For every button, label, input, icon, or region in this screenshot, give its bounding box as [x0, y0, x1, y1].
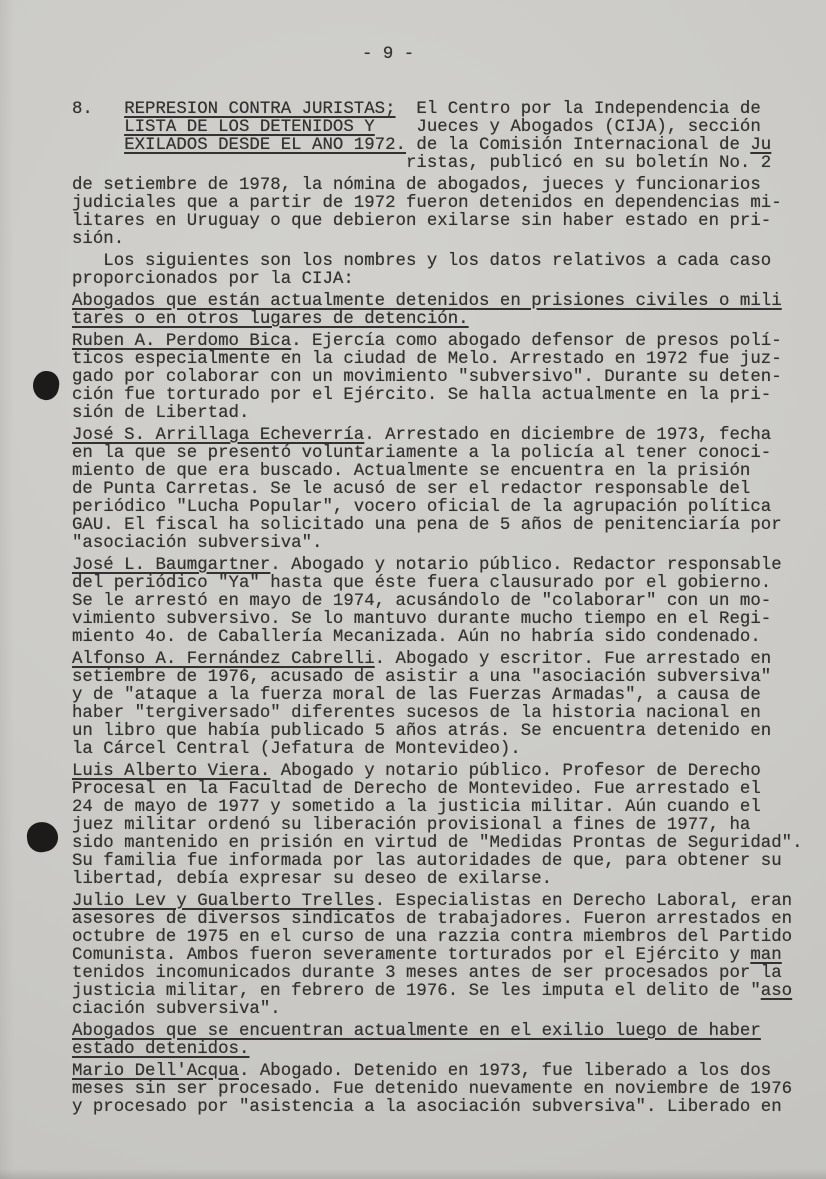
document-body: 8. REPRESION CONTRA JURISTAS; El Centro … — [72, 101, 818, 1121]
text-line: ticos especialmente en la ciudad de Melo… — [72, 351, 818, 369]
text-line: sido mantenido en prisión en virtud de "… — [72, 835, 818, 853]
text-line: Alfonso A. Fernández Cabrelli. Abogado y… — [72, 651, 818, 669]
text-line: setiembre de 1976, acusado de asistir a … — [72, 669, 818, 687]
text-line: Abogados que se encuentran actualmente e… — [72, 1023, 818, 1041]
text-line: Se le arrestó en mayo de 1974, acusándol… — [72, 593, 818, 611]
text-line: estado detenidos. — [72, 1041, 818, 1059]
item-8-header: 8. REPRESION CONTRA JURISTAS; El Centro … — [72, 101, 818, 173]
text-line: judiciales que a partir de 1972 fueron d… — [72, 195, 818, 213]
entry-jose-arrillaga-echeverria: José S. Arrillaga Echeverría. Arrestado … — [72, 427, 818, 553]
text-line: ción fue torturado por el Ejército. Se h… — [72, 387, 818, 405]
text-line: sión. — [72, 231, 818, 249]
text-line: la Cárcel Central (Jefatura de Montevide… — [72, 741, 818, 759]
text-line: un libro que había publicado 5 años atrá… — [72, 723, 818, 741]
scanned-document-page: { "colors": { "paper": "#cbcac6", "ink":… — [0, 0, 826, 1179]
text-line: en la que se presentó voluntariamente a … — [72, 445, 818, 463]
text-line: justicia militar, en febrero de 1976. Se… — [72, 983, 818, 1001]
section-heading-exiled: Abogados que se encuentran actualmente e… — [72, 1023, 818, 1059]
text-line: GAU. El fiscal ha solicitado una pena de… — [72, 517, 818, 535]
text-line: Su familia fue informada por las autorid… — [72, 853, 818, 871]
text-line: 24 de mayo de 1977 y sometido a la justi… — [72, 799, 818, 817]
text-line: y procesado por "asistencia a la asociac… — [72, 1099, 818, 1117]
text-line: 8. REPRESION CONTRA JURISTAS; El Centro … — [72, 101, 818, 119]
text-line: "asociación subversiva". — [72, 535, 818, 553]
text-line: Abogados que están actualmente detenidos… — [72, 293, 818, 311]
text-line: asesores de diversos sindicatos de traba… — [72, 911, 818, 929]
text-line: ciación subversiva". — [72, 1001, 818, 1019]
entry-jose-baumgartner: José L. Baumgartner. Abogado y notario p… — [72, 557, 818, 647]
text-line: periódico "Lucha Popular", vocero oficia… — [72, 499, 818, 517]
text-line: Comunista. Ambos fueron severamente tort… — [72, 947, 818, 965]
text-line: Mario Dell'Acqua. Abogado. Detenido en 1… — [72, 1063, 818, 1081]
text-line: gado por colaborar con un movimiento "su… — [72, 369, 818, 387]
ink-blot-mark-bottom — [25, 820, 59, 854]
text-line: libertad, debía expresar su deseo de exi… — [72, 871, 818, 889]
text-line: de setiembre de 1978, la nómina de aboga… — [72, 177, 818, 195]
section-heading-detained: Abogados que están actualmente detenidos… — [72, 293, 818, 329]
text-line: litares en Uruguay o que debieron exilar… — [72, 213, 818, 231]
text-line: y de "ataque a la fuerza moral de las Fu… — [72, 687, 818, 705]
text-line: vimiento subversivo. Se lo mantuvo duran… — [72, 611, 818, 629]
text-line: José S. Arrillaga Echeverría. Arrestado … — [72, 427, 818, 445]
text-line: Ruben A. Perdomo Bica. Ejercía como abog… — [72, 333, 818, 351]
text-line: EXILADOS DESDE EL ANO 1972. de la Comisi… — [72, 137, 818, 155]
text-line: tares o en otros lugares de detención. — [72, 311, 818, 329]
text-line: tenidos incomunicados durante 3 meses an… — [72, 965, 818, 983]
entry-alfonso-fernandez-cabrelli: Alfonso A. Fernández Cabrelli. Abogado y… — [72, 651, 818, 759]
text-line: juez militar ordenó su liberación provis… — [72, 817, 818, 835]
text-line: José L. Baumgartner. Abogado y notario p… — [72, 557, 818, 575]
text-line: meses sin ser procesado. Fue detenido nu… — [72, 1081, 818, 1099]
text-line: Luis Alberto Viera. Abogado y notario pú… — [72, 763, 818, 781]
entry-luis-alberto-viera: Luis Alberto Viera. Abogado y notario pú… — [72, 763, 818, 889]
text-line: proporcionados por la CIJA: — [72, 271, 818, 289]
text-line: Julio Lev y Gualberto Trelles. Especiali… — [72, 893, 818, 911]
text-line: Los siguientes son los nombres y los dat… — [72, 253, 818, 271]
text-line: miento 4o. de Caballería Mecanizada. Aún… — [72, 629, 818, 647]
page-number: - 9 - — [362, 46, 414, 64]
text-line: de Punta Carretas. Se le acusó de ser el… — [72, 481, 818, 499]
text-line: octubre de 1975 en el curso de una razzi… — [72, 929, 818, 947]
lead-paragraph: Los siguientes son los nombres y los dat… — [72, 253, 818, 289]
item-8-intro-paragraph: de setiembre de 1978, la nómina de aboga… — [72, 177, 818, 249]
text-line: sión de Libertad. — [72, 405, 818, 423]
text-line: ristas, publicó en su boletín No. 2 — [72, 155, 818, 173]
text-line: Procesal en la Facultad de Derecho de Mo… — [72, 781, 818, 799]
ink-blot-mark-top — [31, 369, 61, 402]
entry-ruben-perdomo-bica: Ruben A. Perdomo Bica. Ejercía como abog… — [72, 333, 818, 423]
text-line: LISTA DE LOS DETENIDOS Y Jueces y Abogad… — [72, 119, 818, 137]
text-line: haber "tergiversado" diferentes sucesos … — [72, 705, 818, 723]
entry-mario-dellacqua: Mario Dell'Acqua. Abogado. Detenido en 1… — [72, 1063, 818, 1117]
entry-julio-lev-gualberto-trelles: Julio Lev y Gualberto Trelles. Especiali… — [72, 893, 818, 1019]
text-line: del periódico "Ya" hasta que éste fuera … — [72, 575, 818, 593]
text-line: miento de que era buscado. Actualmente s… — [72, 463, 818, 481]
